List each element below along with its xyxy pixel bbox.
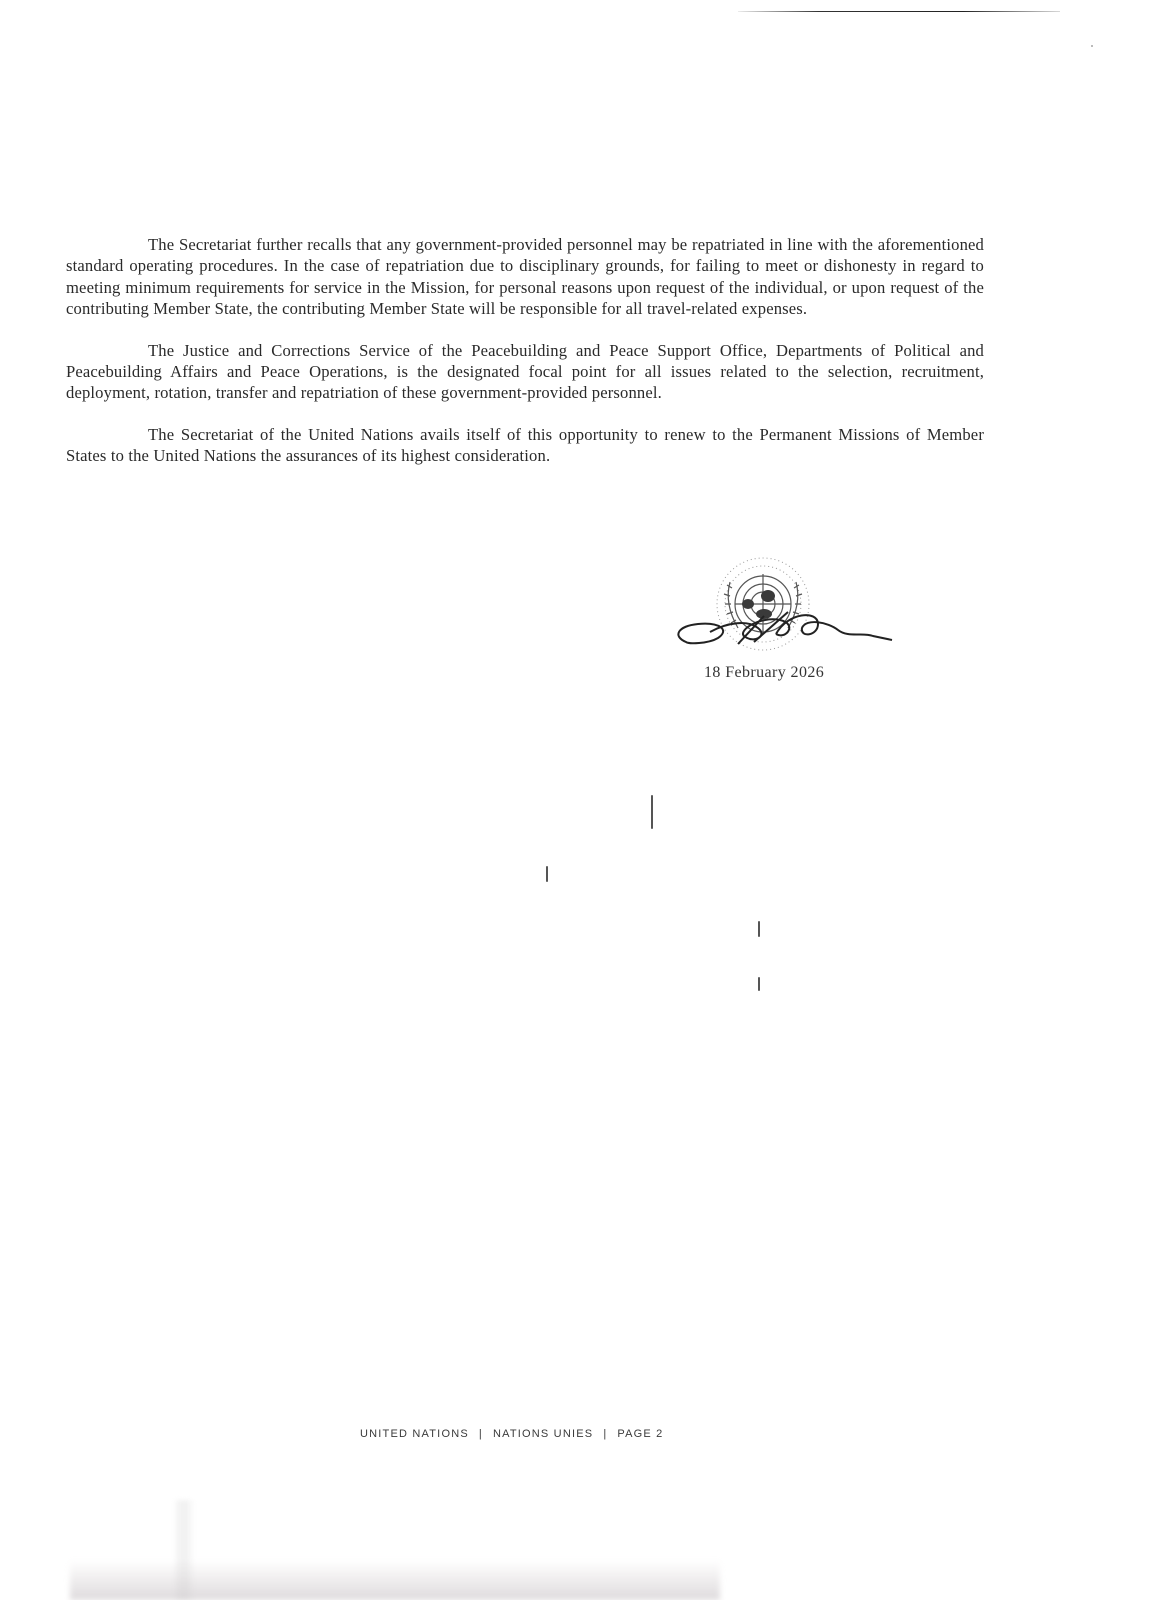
footer-org-fr: NATIONS UNIES	[493, 1428, 593, 1440]
scan-mark	[758, 921, 760, 937]
document-body: The Secretariat further recalls that any…	[66, 234, 984, 487]
paragraph-repatriation: The Secretariat further recalls that any…	[66, 234, 984, 320]
scan-mark	[758, 977, 760, 991]
footer-org-en: UNITED NATIONS	[360, 1428, 469, 1440]
top-rule	[738, 11, 1060, 12]
page-footer: UNITED NATIONS|NATIONS UNIES|PAGE 2	[360, 1428, 664, 1440]
scan-mark	[651, 795, 653, 829]
footer-separator: |	[603, 1428, 607, 1440]
scan-mark	[546, 866, 548, 882]
footer-separator: |	[479, 1428, 483, 1440]
scan-speck	[1091, 45, 1093, 47]
signature-block: 18 February 2026	[668, 552, 908, 692]
scan-shadow	[70, 1560, 720, 1600]
paragraph-closing: The Secretariat of the United Nations av…	[66, 424, 984, 467]
signature-date: 18 February 2026	[704, 664, 824, 682]
paragraph-focal-point: The Justice and Corrections Service of t…	[66, 340, 984, 404]
footer-page-number: PAGE 2	[617, 1428, 663, 1440]
